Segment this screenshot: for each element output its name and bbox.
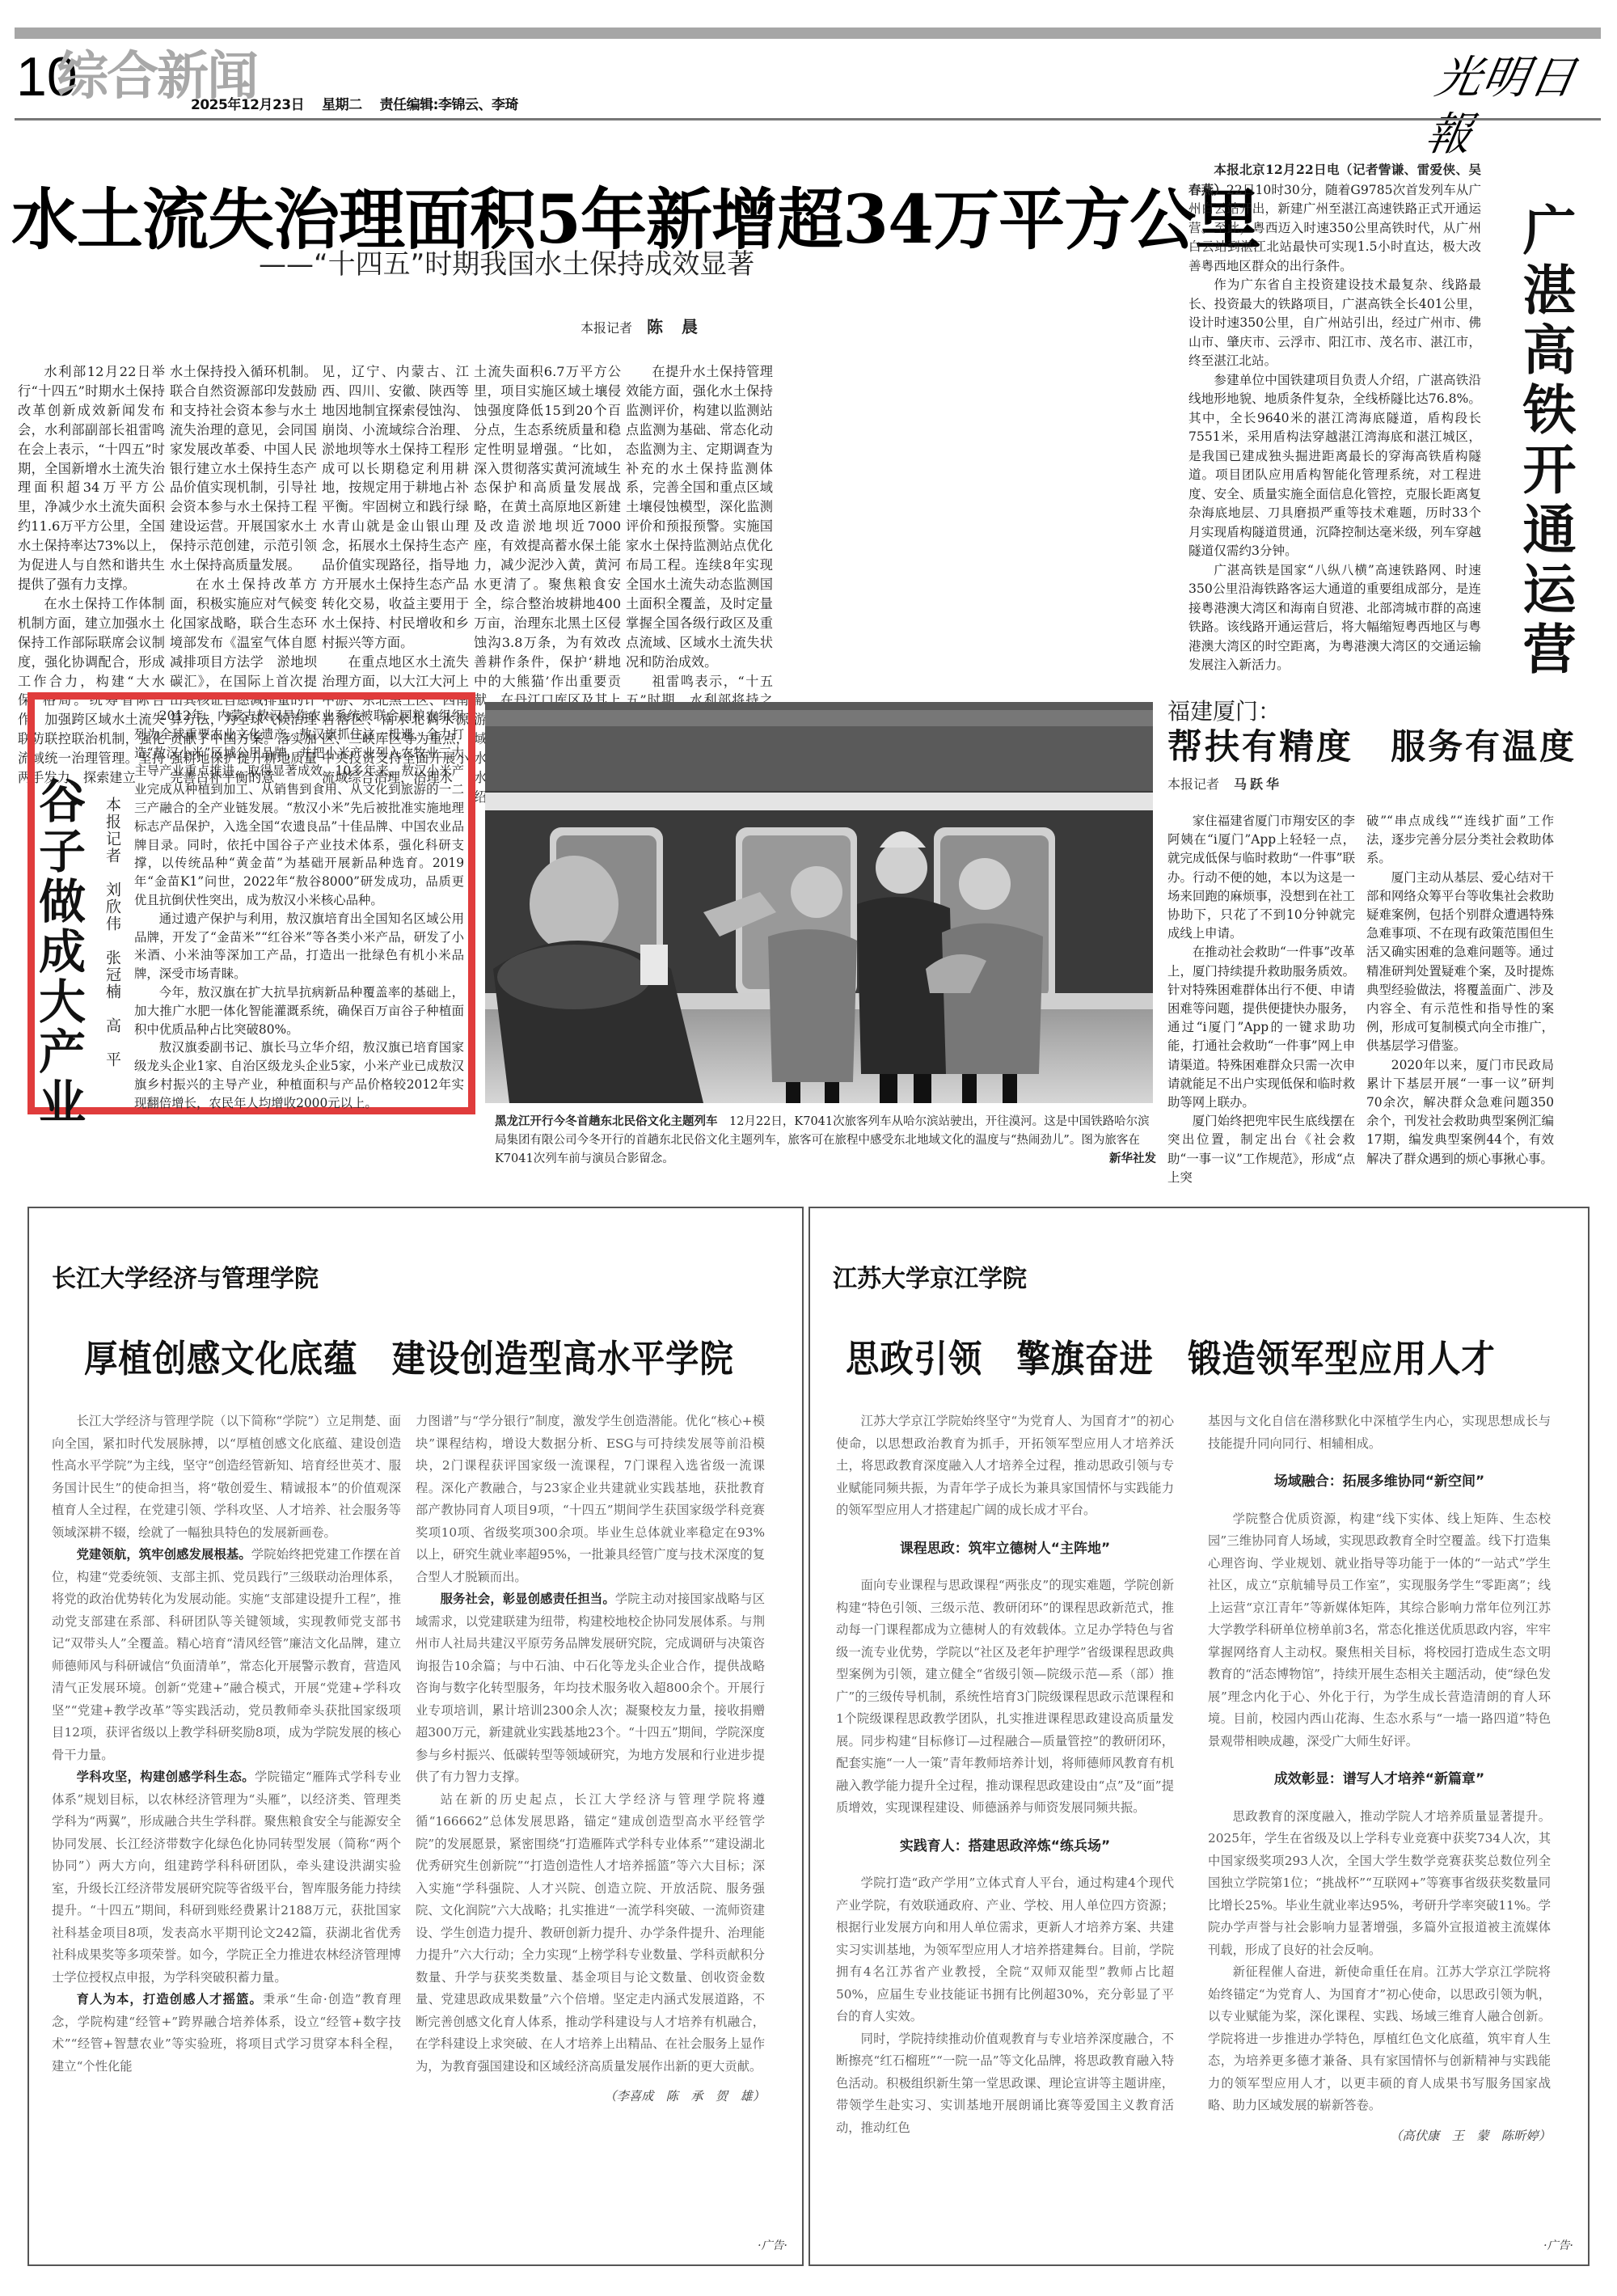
ad-left-column-1: 长江大学经济与管理学院（以下简称“学院”）立足荆楚、面向全国，紧扣时代发展脉搏，… <box>52 1410 401 2078</box>
train-platform-photo-illustration <box>485 702 1153 1103</box>
ad-right-subheading: 场域融合：拓展多维协同“新空间” <box>1208 1471 1551 1494</box>
masthead-logo: 光明日報 <box>1421 50 1617 163</box>
ad-left-title: 厚植创感文化底蕴 建设创造型高水平学院 <box>84 1330 734 1383</box>
photo-caption: 黑龙江开行今冬首趟东北民俗文化主题列车 12月22日，K7041次旅客列车从哈尔… <box>495 1113 1156 1169</box>
ad-right-signature: （高伏康 王 蒙 陈昕婷） <box>1208 2125 1551 2148</box>
ad-left-org: 长江大学经济与管理学院 <box>52 1258 319 1294</box>
dateline: 2025年12月23日星期二责任编辑:李锦云、李琦 <box>191 93 536 113</box>
millet-article-body: 2012年，内蒙古敖汉旱作农业系统被联合国粮农组织列为全球重要农业文化遗产。敖汉… <box>134 707 464 1113</box>
millet-byline: 本报记者 刘欣伟 张冠楠 高 平 <box>103 797 121 1068</box>
header-divider <box>15 118 1601 121</box>
millet-title: 谷子做成大产业 <box>32 776 84 1127</box>
xiamen-column-2: 破”“串点成线”“连线扩面”工作法，逐步完善分层分类社会救助体系。 厦门主动从基… <box>1366 812 1554 1169</box>
header-top-bar <box>15 27 1601 39</box>
ad-right-org: 江苏大学京江学院 <box>833 1258 1027 1294</box>
ad-left-column-2: 力图谱”与“学分银行”制度，激发学生创造潜能。优化“核心+模块”课程结构，增设大… <box>416 1410 765 2108</box>
ad-left-signature: （李喜成 陈 承 贺 雄） <box>416 2086 765 2108</box>
ad-right-column-2: 基因与文化自信在潜移默化中深植学生内心，实现思想成长与技能提升同向同行、相辅相成… <box>1208 1410 1551 2147</box>
ad-right-subheading: 课程思政：筑牢立德树人“主阵地” <box>836 1538 1174 1561</box>
railway-paragraph: 参建单位中国铁建项目负责人介绍，广湛高铁沿线地形地貌、地质条件复杂，全线桥隧比达… <box>1188 371 1481 561</box>
weekday: 星期二 <box>322 97 362 113</box>
railway-paragraph: 本报北京12月22日电（记者訾谦、雷爱侠、吴春燕）22日10时30分，随着G97… <box>1188 160 1481 276</box>
xiamen-title: 帮扶有精度 服务有温度 <box>1167 720 1577 769</box>
photo-credit: 新华社发 <box>1109 1150 1156 1169</box>
ad-right-tag: ·广告· <box>1543 2237 1573 2253</box>
photo-caption-title: 黑龙江开行今冬首趟东北民俗文化主题列车 <box>495 1115 718 1128</box>
lead-subheadline: ——“十四五”时期我国水土保持成效显著 <box>259 247 754 282</box>
ad-right-subheading: 成效彰显：谱写人才培养“新篇章” <box>1208 1769 1551 1791</box>
railway-title: 广湛高铁开通运营 <box>1517 202 1573 681</box>
date: 2025年12月23日 <box>191 97 304 113</box>
xiamen-column-1: 家住福建省厦门市翔安区的李阿姨在“i厦门”App上轻轻一点，就完成低保与临时救助… <box>1167 812 1355 1187</box>
editors: 责任编辑:李锦云、李琦 <box>380 97 518 113</box>
lead-byline: 本报记者陈 晨 <box>581 314 704 337</box>
railway-article-body: 本报北京12月22日电（记者訾谦、雷爱侠、吴春燕）22日10时30分，随着G97… <box>1188 160 1481 675</box>
ad-box-yangtze-university: 长江大学经济与管理学院 厚植创感文化底蕴 建设创造型高水平学院 长江大学经济与管… <box>27 1207 804 2266</box>
ad-box-jiangsu-jingjiang-college: 江苏大学京江学院 思政引领 擎旗奋进 锻造领军型应用人才 江苏大学京江学院始终坚… <box>808 1207 1590 2266</box>
xiamen-byline: 本报记者马跃华 <box>1167 774 1282 793</box>
railway-paragraph: 广湛高铁是国家“八纵八横”高速铁路网、时速350公里沿海铁路客运大通道的重要组成… <box>1188 561 1481 675</box>
ad-right-title: 思政引领 擎旗奋进 锻造领军型应用人才 <box>846 1330 1496 1383</box>
news-photo-train <box>485 702 1153 1103</box>
ad-left-tag: ·广告· <box>758 2237 787 2253</box>
railway-paragraph: 作为广东省自主投资建设技术最复杂、线路最长、投资最大的铁路项目，广湛高铁全长40… <box>1188 276 1481 371</box>
ad-right-column-1: 江苏大学京江学院始终坚守“为党育人、为国育才”的初心使命，以思想政治教育为抓手，… <box>836 1410 1174 2139</box>
ad-right-subheading: 实践育人：搭建思政淬炼“练兵场” <box>836 1836 1174 1858</box>
